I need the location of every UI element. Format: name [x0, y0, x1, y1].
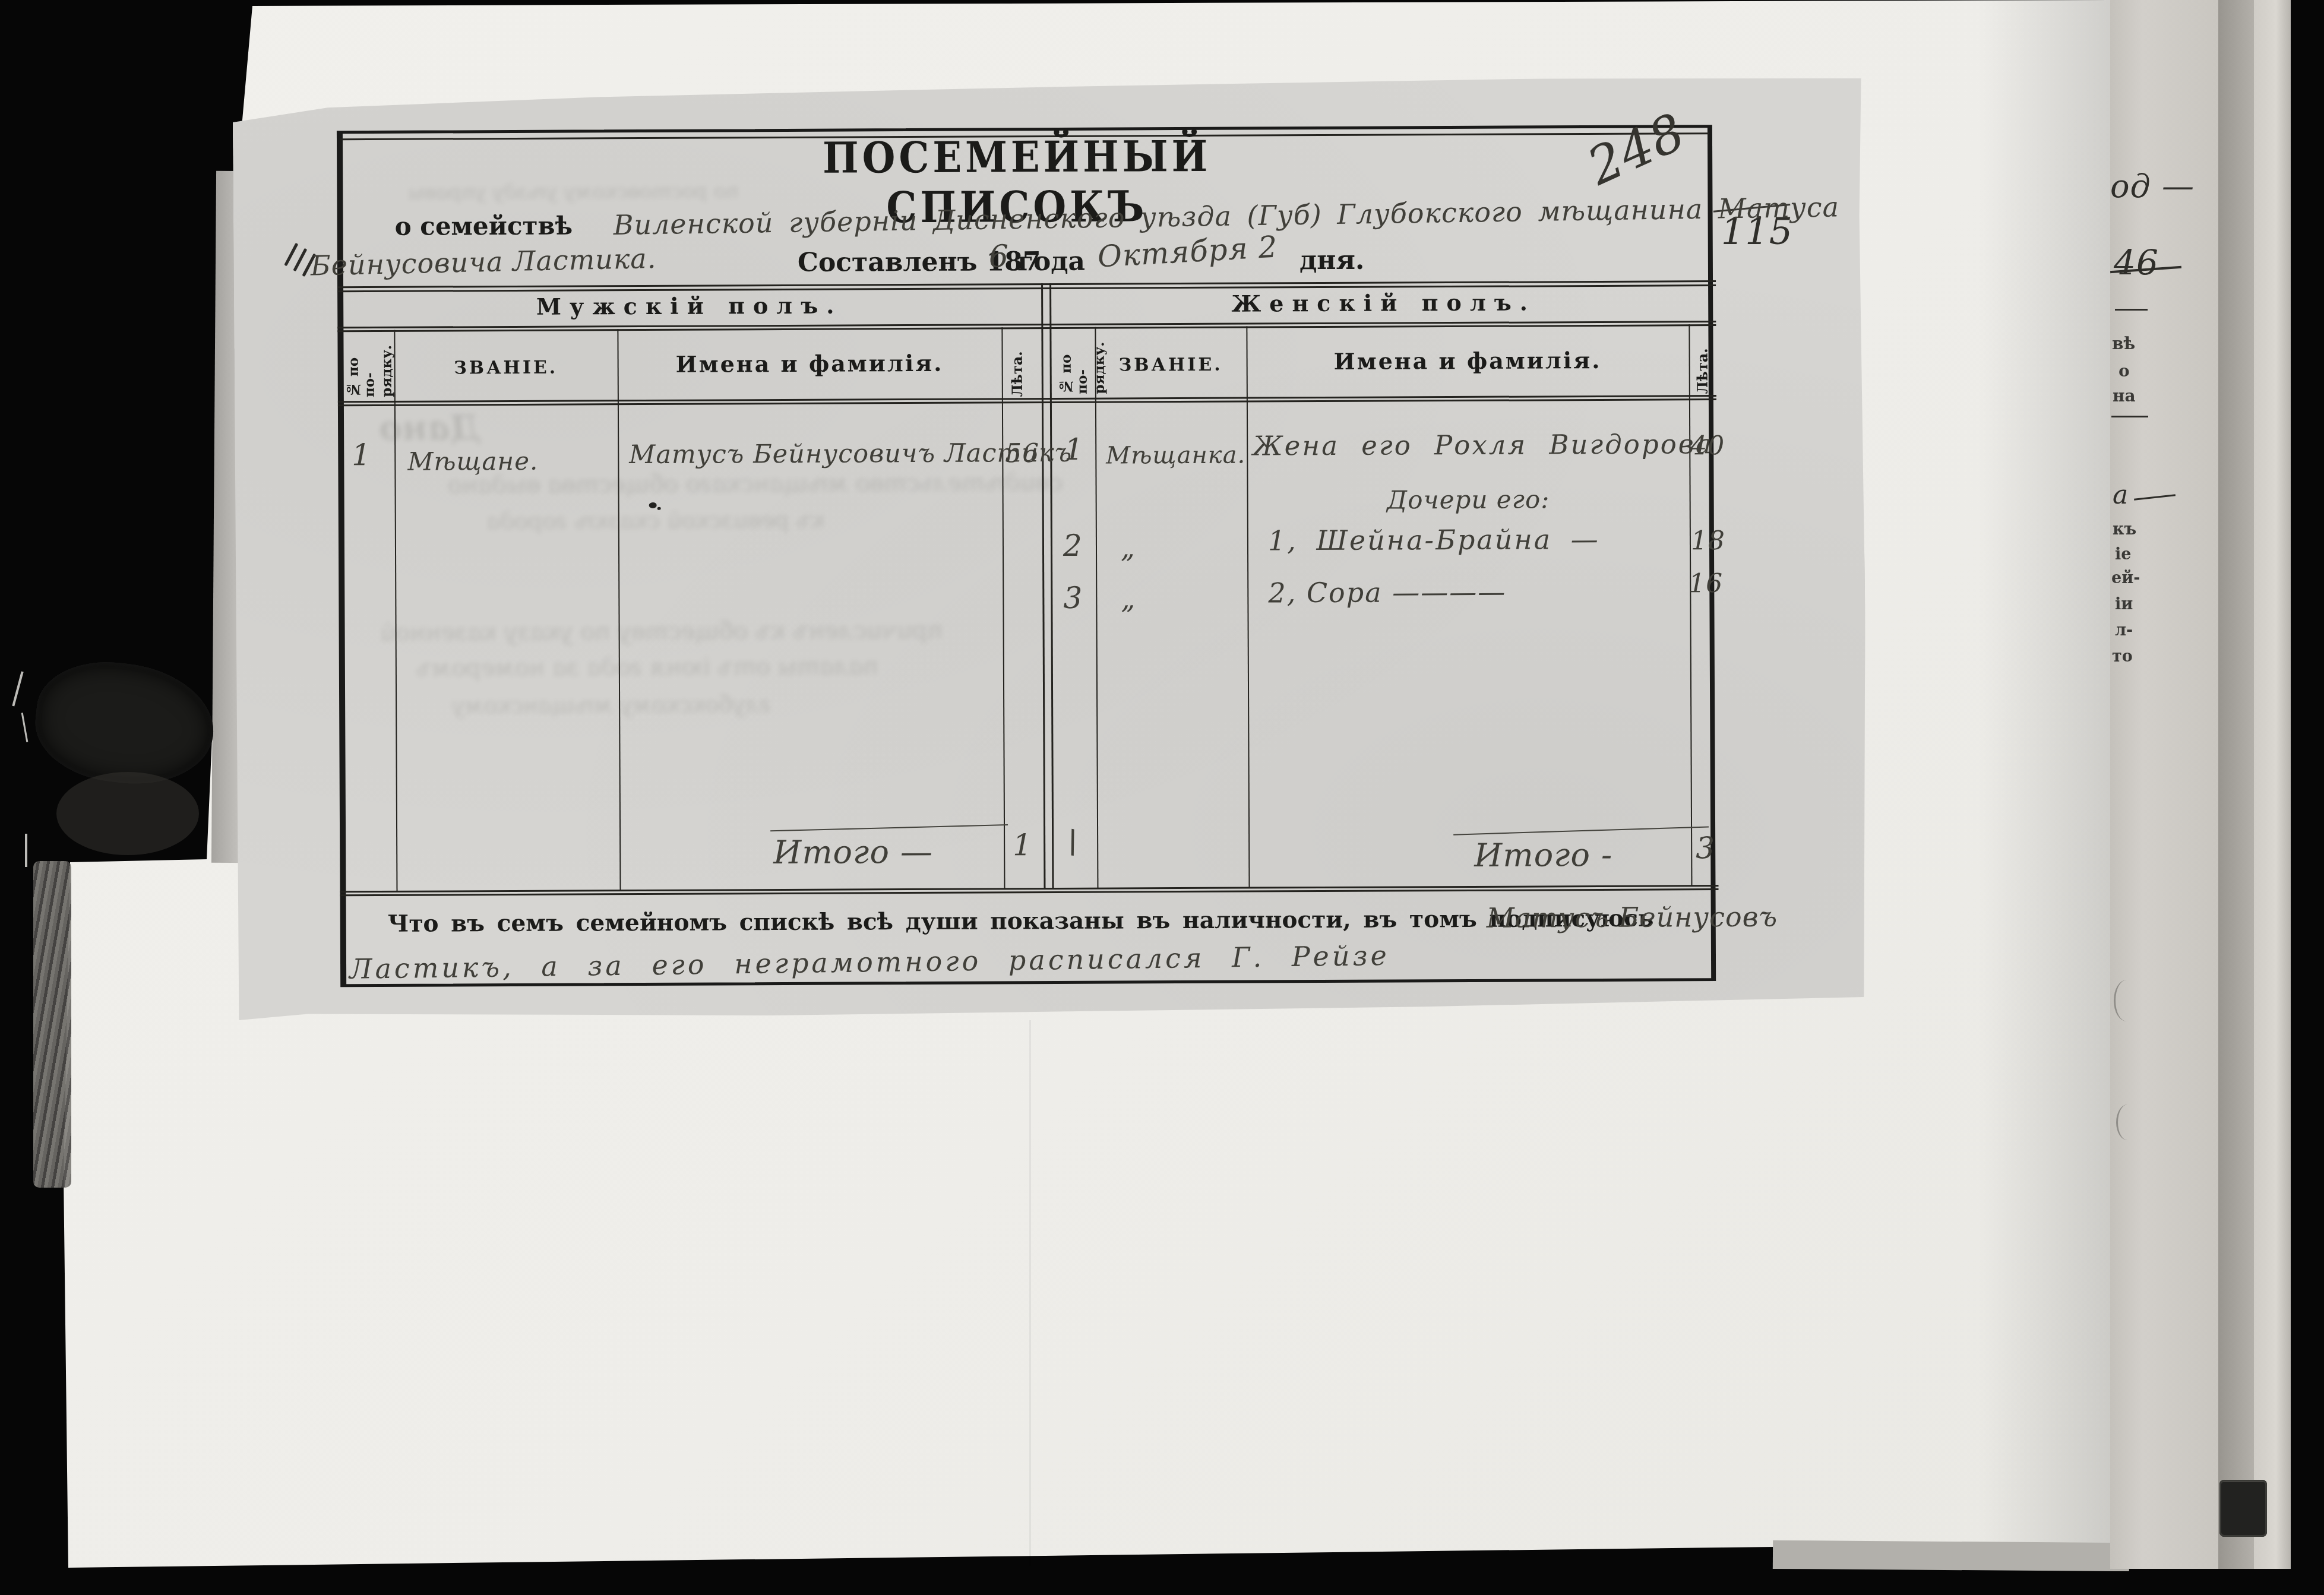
compiled-word-day: дня. [1299, 245, 1365, 276]
edge-print-fragment: л- [2115, 621, 2133, 640]
edge-handwriting: од — [2110, 167, 2195, 205]
female-col-names-header: Имена и фамилія. [1247, 346, 1689, 375]
female-row-age: 18 [1691, 526, 1725, 556]
book-scan: по ростовскому уѣзду управы Дано свидѣте… [0, 0, 2324, 1595]
female-total-value: 3 [1696, 831, 1715, 865]
binding-clamp [2219, 1480, 2267, 1537]
female-total-label: Итого - [1474, 836, 1612, 874]
edge-handwriting: а [2113, 480, 2129, 510]
ink-blot [649, 502, 657, 508]
page-stack-strip [2254, 0, 2291, 1569]
compiled-word-year: года [1017, 246, 1085, 277]
attestation-signature-1: Матусъ Бейнусовъ [1487, 901, 1778, 934]
male-row-rank: Мѣщане. [407, 447, 538, 476]
female-row-name: 2, Сора ———— [1268, 576, 1506, 609]
about-label: о семействѣ [395, 211, 573, 241]
edge-stroke [2134, 494, 2176, 500]
male-col-rank-header: ЗВАНІЕ. [394, 357, 618, 379]
attestation-printed: Что въ семъ семейномъ спискѣ всѣ души по… [388, 905, 1654, 938]
edge-print-fragment: ей- [2111, 569, 2140, 587]
male-col-num-header: № по по- рядку. [345, 337, 394, 397]
female-row-name: 1, Шейна-Брайна — [1268, 523, 1600, 556]
female-row-age: 16 [1689, 568, 1723, 599]
page-fold-crease [1029, 1020, 1031, 1566]
female-row-num: 3 [1063, 581, 1083, 615]
col-num-line1: № по по- [1058, 334, 1090, 394]
female-row-rank: Мѣщанка. [1106, 442, 1245, 470]
female-section-header: Женскій полъ. [1051, 288, 1716, 318]
female-row-num: 2 [1063, 528, 1083, 563]
edge-print-fragment: на [2113, 386, 2136, 406]
female-row-name: Жена его Рохля Вигдорова [1253, 428, 1713, 461]
col-num-line1: № по по- [345, 337, 377, 397]
debris-shadow [56, 772, 199, 855]
edge-print-fragment: вѣ [2112, 334, 2135, 353]
male-col-age-header: Лѣта. [1008, 337, 1025, 397]
page-stack-strip [2218, 0, 2254, 1569]
female-col-rank-header: ЗВАНІЕ. [1095, 355, 1247, 376]
edge-print-fragment: о [2119, 361, 2130, 381]
col-num-line2: рядку. [378, 337, 394, 397]
female-subheader-daughters: Дочери его: [1247, 484, 1690, 515]
next-page-edge: од — 46 вѣ о на а къ іе ей- іи л- то [2110, 0, 2218, 1569]
bottom-page-edge [1773, 1540, 2129, 1571]
scratch-mark [21, 713, 29, 742]
scratch-mark [12, 672, 23, 707]
edge-stroke [2115, 309, 2148, 311]
edge-stroke [2111, 416, 2148, 417]
edge-handwriting: 46 [2114, 242, 2159, 283]
edge-print-fragment: къ [2113, 520, 2136, 539]
debris-blob [30, 655, 219, 792]
male-col-names-header: Имена и фамилія. [618, 349, 1002, 378]
female-row-num: 1 [1064, 432, 1084, 467]
gutter-shadow [1978, 0, 2111, 1569]
crumpled-page-edge [33, 861, 71, 1188]
female-col-age-header: Лѣта. [1693, 334, 1710, 394]
female-row-age: 40 [1690, 431, 1725, 461]
edge-faint-mark [2116, 1105, 2139, 1140]
male-total-value: 1 [1013, 828, 1032, 862]
scratch-mark [25, 834, 27, 867]
female-row-rank-ditto: „ [1121, 583, 1136, 615]
edge-print-fragment: то [2112, 647, 2133, 666]
edge-print-fragment: іе [2115, 545, 2131, 564]
male-total-label: Итого — [773, 833, 933, 871]
male-section-header: Мужскій полъ. [337, 291, 1041, 321]
compiled-year: 6 [989, 239, 1009, 274]
edge-faint-mark [2114, 980, 2139, 1021]
male-row-age: 56 [1005, 438, 1039, 469]
edge-print-fragment: іи [2115, 595, 2133, 613]
female-row-rank-ditto: „ [1121, 531, 1136, 564]
census-form-sheet: по ростовскому уѣзду управы Дано свидѣте… [233, 74, 1867, 1025]
ink-blot [657, 507, 661, 510]
male-row-num: 1 [352, 438, 371, 472]
